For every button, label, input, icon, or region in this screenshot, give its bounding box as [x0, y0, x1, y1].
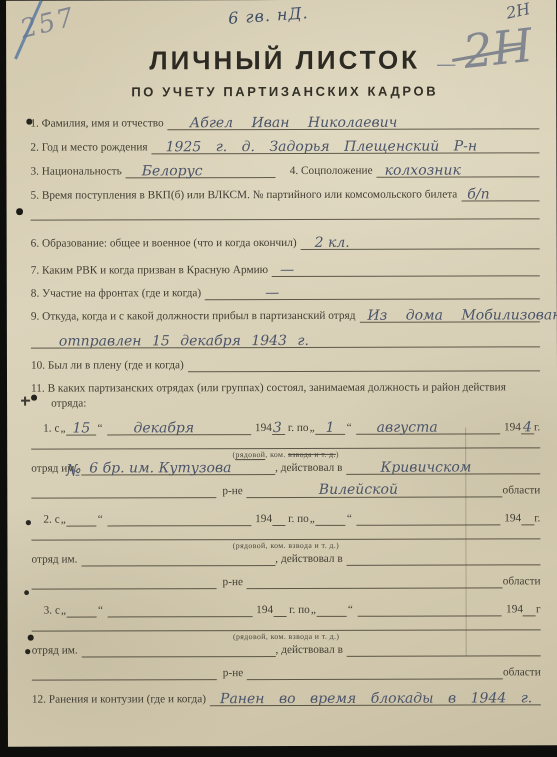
service2-s: с — [55, 514, 60, 527]
service1-region-row: р-не Вилейской области — [31, 483, 540, 498]
field-surname-label: 1. Фамилия, имя и отчество — [30, 118, 163, 131]
paper-sheet: 257 6 гв. нД. 2Н — 2Н ЛИЧНЫЙ ЛИСТОК ПО У… — [6, 0, 557, 747]
service2-to-day-slot — [316, 512, 346, 526]
service2-otryad-label: отряд им. — [31, 554, 77, 567]
field-rvk: 7. Каким РВК и когда призван в Красную А… — [31, 262, 540, 277]
field-surname-value: Абгел Иван Николаевич — [190, 116, 398, 132]
service2-acted-label: , действовал в — [275, 553, 342, 566]
quote-close: “ — [98, 514, 103, 527]
field-birth-line: 1925 г. д. Задорья Плещенский Р-н — [152, 139, 540, 154]
service1-acted-value: Кривичском — [380, 461, 471, 477]
service3-acted-label: , действовал в — [276, 644, 343, 657]
service3-rank-caption: (рядовой, ком. взвода и т. д.) — [32, 631, 541, 641]
field-origin-line2-row: отправлен 15 декабря 1943 г. — [31, 333, 540, 348]
quote-close: “ — [348, 604, 353, 617]
service3-period-row: 3. с „ “ 194 г. по „ “ 194 г — [32, 602, 541, 617]
service3-to-year-slot — [523, 602, 536, 616]
field-birth-value: 1925 г. д. Задорья Плещенский Р-н — [166, 140, 478, 156]
service1-period-row: 1. с „ 15 “ декабря 194 3 г. по „ 1 “ ав… — [31, 420, 540, 435]
service1-from-month-line: декабря — [107, 421, 250, 435]
service2-otryad-line — [81, 552, 275, 567]
service3-num: 3. — [44, 605, 53, 618]
service1-to-month-line: августа — [357, 420, 500, 434]
oblast-label: области — [503, 485, 541, 498]
pencil-dash: — — [436, 52, 456, 76]
field-surname-line: Абгел Иван Николаевич — [168, 115, 540, 130]
service1-from-month: декабря — [133, 422, 194, 438]
year-printed: 194 — [255, 422, 272, 435]
field-origin-line2: отправлен 15 декабря 1943 г. — [31, 333, 540, 348]
field-rvk-line: — — [272, 262, 540, 277]
field-nationality-label: 3. Национальность — [30, 166, 121, 179]
service3-region-lead-line — [32, 666, 217, 680]
service1-rne-line: Вилейской — [247, 483, 503, 498]
field-rvk-value: — — [280, 263, 294, 279]
field-wounds-line: Ранен во время блокады в 1944 г. — [210, 691, 541, 706]
field-party-value: б/п — [467, 188, 489, 204]
caption-struck: взвода и т. д. — [289, 632, 337, 641]
field-nationality-social: 3. Национальность Белорус 4. Соцположени… — [30, 163, 539, 178]
field-education-label: 6. Образование: общее и военное (что и к… — [31, 237, 297, 250]
rne-label: р-не — [223, 576, 244, 589]
service3-from-month-line — [108, 603, 252, 617]
service3-region-row: р-не области — [32, 665, 541, 680]
service2-num: 2. — [43, 514, 52, 527]
service1-otryad-no: № — [66, 462, 81, 480]
service2-region-row: р-не области — [32, 574, 541, 589]
service1-to-day-slot: 1 — [316, 421, 346, 435]
service1-rne-value: Вилейской — [319, 483, 398, 499]
field-origin-line1: Из дома Мобилизован — [359, 308, 539, 322]
section11-heading2: отряда: — [31, 396, 540, 409]
service1-otryad-line: 6 бр. им. Кутузова — [81, 461, 275, 476]
service1-s: с — [54, 423, 59, 436]
service3-s: с — [55, 605, 60, 618]
field-origin: 9. Откуда, когда и с какой должности при… — [31, 308, 540, 323]
quote-open: „ — [60, 423, 65, 436]
service2-region-lead-line — [32, 575, 217, 589]
po-label: г. по — [288, 422, 309, 435]
field-origin-label: 9. Откуда, когда и с какой должности при… — [31, 310, 356, 323]
year-printed: 194 — [504, 422, 521, 435]
po-label: г. по — [288, 513, 309, 526]
caption-mid: , ком. — [266, 632, 289, 641]
quote-close: “ — [347, 513, 352, 526]
caption-rank: рядовой — [236, 541, 266, 550]
field-nationality-line: Белорус — [126, 164, 276, 178]
quote-close: “ — [98, 605, 103, 618]
service3-from-year-slot — [273, 603, 286, 617]
field-origin-value1: Из дома Мобилизован — [367, 309, 557, 325]
field-surname: 1. Фамилия, имя и отчество Абгел Иван Ни… — [30, 115, 539, 130]
service2-to-month-line — [357, 511, 500, 525]
g-label: г. — [534, 513, 540, 526]
field-party-line: б/п — [461, 187, 539, 201]
field-wounds-value: Ранен во время блокады в 1944 г. — [220, 692, 532, 708]
service2-acted-line — [347, 551, 541, 566]
caption-close: ) — [336, 632, 339, 641]
otryad-label-text: отряд им. — [32, 645, 78, 657]
service1-from-year-slot: 3 — [272, 421, 285, 435]
caption-close: ) — [336, 450, 339, 459]
service1-rank-caption: (рядовой, ком. взвода и т. д.) — [31, 449, 540, 459]
field-social-line: колхозник — [377, 163, 540, 177]
field-party: 5. Время поступления в ВКП(б) или ВЛКСМ.… — [31, 187, 540, 202]
caption-struck: взвода и т. д. — [288, 541, 336, 550]
rne-label: р-не — [222, 485, 243, 498]
rne-label: р-не — [223, 667, 244, 680]
quote-open: „ — [310, 513, 315, 526]
service1-acted-label: , действовал в — [275, 462, 342, 475]
caption-close: ) — [336, 541, 339, 550]
service1-num: 1. — [43, 423, 52, 436]
quote-open: „ — [311, 604, 316, 617]
service1-to-month: августа — [377, 421, 438, 437]
service2-rne-line — [247, 574, 503, 589]
field-party-continuation-line — [31, 218, 540, 220]
service2-rank-caption: (рядовой, ком. взвода и т. д.) — [31, 540, 540, 550]
field-fronts-label: 8. Участие на фронтах (где и когда) — [31, 288, 201, 301]
field-origin-value2: отправлен 15 декабря 1943 г. — [59, 334, 309, 350]
service3-acted-line — [347, 642, 541, 657]
g-label: г — [536, 604, 541, 617]
service2-to-year-slot — [521, 511, 534, 525]
field-fronts: 8. Участие на фронтах (где и когда) — — [31, 285, 540, 300]
field-captivity-label: 10. Был ли в плену (где и когда) — [31, 360, 184, 373]
form-subtitle: ПО УЧЕТУ ПАРТИЗАНСКИХ КАДРОВ — [30, 83, 539, 99]
field-party-label: 5. Время поступления в ВКП(б) или ВЛКСМ.… — [31, 189, 458, 203]
quote-open: „ — [61, 605, 66, 618]
service1-otryad-row: отряд им.№ 6 бр. им. Кутузова , действов… — [31, 460, 540, 475]
field-captivity-line — [188, 357, 540, 372]
service3-otryad-label: отряд им. — [32, 645, 78, 658]
year-printed: 194 — [506, 604, 523, 617]
year-printed: 194 — [256, 604, 273, 617]
field-education-line: 2 кл. — [301, 235, 540, 250]
caption-rank: рядовой — [236, 450, 266, 460]
caption-struck: взвода и т. д. — [288, 450, 336, 459]
field-birth-label: 2. Год и место рождения — [30, 142, 147, 155]
po-label: г. по — [289, 604, 310, 617]
field-captivity: 10. Был ли в плену (где и когда) — [31, 357, 540, 372]
caption-mid: , ком. — [265, 450, 288, 459]
quote-open: „ — [310, 422, 315, 435]
scanned-document: 257 6 гв. нД. 2Н — 2Н ЛИЧНЫЙ ЛИСТОК ПО У… — [0, 0, 557, 757]
quote-close: “ — [97, 423, 102, 436]
service1-to-day: 1 — [326, 421, 335, 437]
field-education: 6. Образование: общее и военное (что и к… — [31, 235, 540, 250]
field-rvk-label: 7. Каким РВК и когда призван в Красную А… — [31, 264, 268, 277]
form-content: 257 6 гв. нД. 2Н — 2Н ЛИЧНЫЙ ЛИСТОК ПО У… — [6, 0, 557, 747]
service3-rne-line — [247, 665, 503, 680]
field-fronts-line: — — [205, 285, 540, 300]
service2-from-month-line — [108, 512, 251, 526]
field-education-value: 2 кл. — [315, 236, 350, 252]
service1-from-day-slot: 15 — [66, 421, 96, 435]
service1-from-day: 15 — [72, 422, 90, 438]
service1-to-year: 4 — [523, 421, 532, 437]
g-label: г. — [534, 422, 540, 435]
caption-mid: , ком. — [266, 541, 289, 550]
service2-from-day-slot — [67, 512, 97, 526]
service1-from-year: 3 — [273, 421, 282, 437]
service2-period-row: 2. с „ “ 194 г. по „ “ 194 г. — [31, 511, 540, 526]
field-nationality-value: Белорус — [142, 165, 203, 181]
quote-close: “ — [347, 422, 352, 435]
service3-from-day-slot — [67, 603, 97, 617]
service1-otryad-value: 6 бр. им. Кутузова — [89, 461, 231, 477]
pencil-number-large-struck: 2Н — [460, 22, 534, 75]
oblast-label: области — [503, 576, 541, 589]
service2-from-year-slot — [272, 512, 285, 526]
service2-otryad-row: отряд им. , действовал в — [31, 551, 540, 566]
service3-otryad-line — [82, 643, 276, 658]
field-social-label: 4. Соцположение — [290, 165, 373, 178]
otryad-label-text: отряд им. — [31, 554, 77, 566]
quote-open: „ — [61, 514, 66, 527]
field-wounds-label: 12. Ранения и контузии (где и когда) — [32, 694, 206, 707]
section11-heading1: 11. В каких партизанских отрядах (или гр… — [31, 381, 540, 394]
service1-acted-line: Кривичском — [346, 460, 540, 475]
field-fronts-value: — — [265, 286, 279, 302]
year-printed: 194 — [504, 513, 521, 526]
service1-otryad-label: отряд им.№ — [31, 463, 77, 476]
year-printed: 194 — [255, 513, 272, 526]
service3-otryad-row: отряд им. , действовал в — [32, 642, 541, 657]
service3-to-day-slot — [317, 603, 347, 617]
field-birth: 2. Год и место рождения 1925 г. д. Задор… — [30, 139, 539, 154]
service1-region-lead-line — [31, 484, 216, 498]
caption-rank: рядовой — [236, 632, 266, 641]
field-wounds: 12. Ранения и контузии (где и когда) Ран… — [32, 691, 541, 706]
oblast-label: области — [503, 667, 541, 680]
field-social-value: колхозник — [385, 164, 461, 180]
service3-to-month-line — [358, 602, 502, 616]
service1-to-year-slot: 4 — [521, 420, 534, 434]
